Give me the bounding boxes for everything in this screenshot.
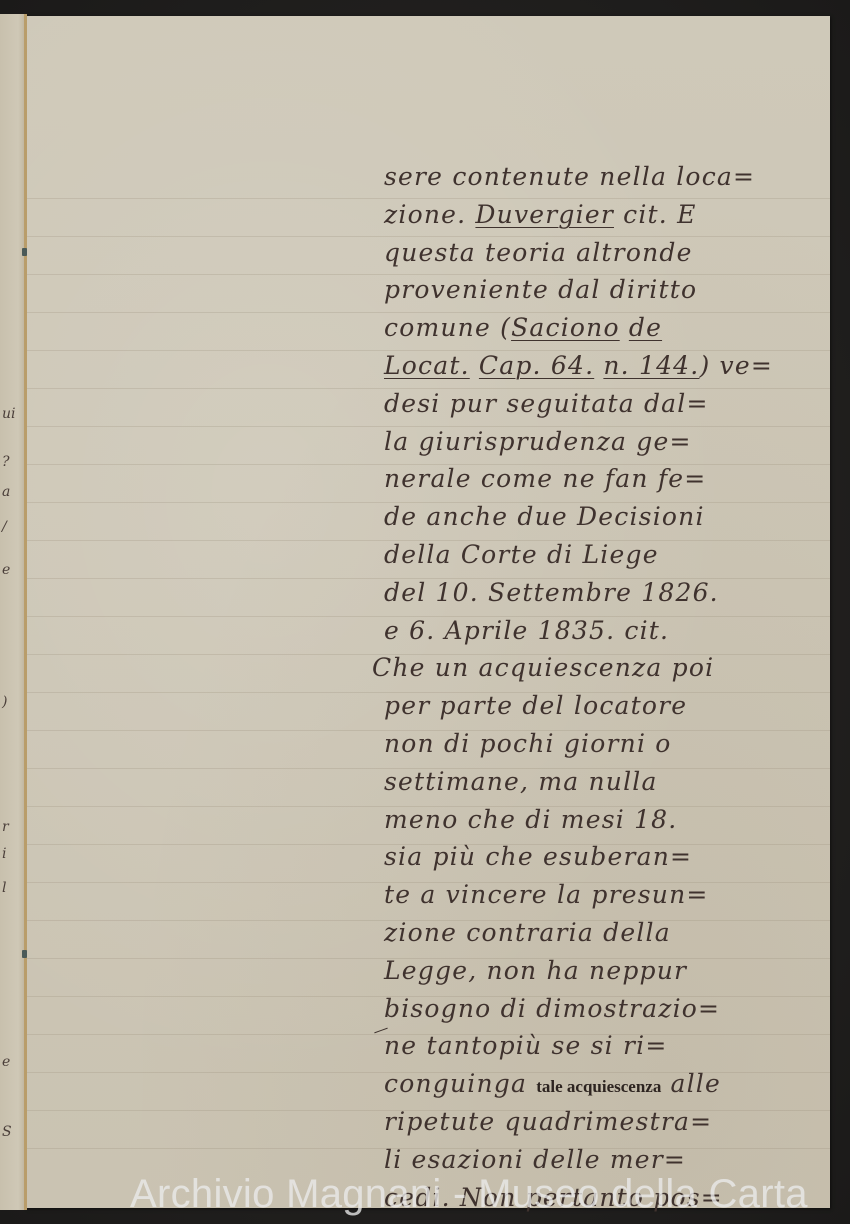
margin-fragment: a xyxy=(2,484,10,500)
margin-fragment: ? xyxy=(2,454,10,470)
text-line: ripetute quadrimestra= xyxy=(384,1103,824,1141)
margin-fragment: r xyxy=(2,819,9,835)
text-line: e 6. Aprile 1835. cit. xyxy=(384,612,824,650)
text-line: della Corte di Liege xyxy=(384,536,824,574)
text-line: settimane, ma nulla xyxy=(384,763,824,801)
text-line: questa teoria altronde xyxy=(384,234,824,272)
text-line: bisogno di dimostrazio= xyxy=(384,990,824,1028)
binding-fold xyxy=(24,14,27,1210)
archive-watermark: Archivio Magnani - Museo della Carta xyxy=(130,1172,808,1217)
text-line: sia più che esuberan= xyxy=(384,838,824,876)
margin-fragment: ui xyxy=(2,406,16,422)
underlined-citation: Duvergier xyxy=(475,200,614,229)
underlined-citation: Cap. 64. xyxy=(479,351,594,380)
text-line: sere contenute nella loca= xyxy=(384,158,824,196)
text-line: nerale come ne fan fe= xyxy=(384,460,824,498)
handwritten-text: sere contenute nella loca= zione. Duverg… xyxy=(384,158,824,1216)
text-line: Legge, non ha neppur xyxy=(384,952,824,990)
text-line: zione. Duvergier cit. E xyxy=(384,196,824,234)
margin-fragment: ) xyxy=(2,694,7,710)
margin-fragment: S xyxy=(2,1124,12,1140)
staple-mark xyxy=(22,248,27,256)
margin-fragment: i xyxy=(2,846,6,862)
margin-fragment: e xyxy=(2,1054,10,1070)
text-line: de anche due Decisioni xyxy=(384,498,824,536)
underlined-citation: de xyxy=(629,313,662,342)
margin-fragment: / xyxy=(2,519,7,535)
interlinear-insertion: tale acquiescenza xyxy=(536,1077,661,1096)
text-line: meno che di mesi 18. xyxy=(384,801,824,839)
text-line: Che un acquiescenza poi xyxy=(372,649,824,687)
text-line: proveniente dal diritto xyxy=(384,271,824,309)
previous-leaf-edge: ui ? a / e ) r i l e S xyxy=(0,14,27,1210)
text-line: per parte del locatore xyxy=(384,687,824,725)
margin-fragment: l xyxy=(2,880,6,896)
text-line: comune (Saciono de xyxy=(384,309,824,347)
staple-mark xyxy=(22,950,27,958)
text-line: zione contraria della xyxy=(384,914,824,952)
text-line: desi pur seguitata dal= xyxy=(384,385,824,423)
text-line: te a vincere la presun= xyxy=(384,876,824,914)
margin-fragment: e xyxy=(2,562,10,578)
text-line: Locat. Cap. 64. n. 144.) ve= xyxy=(384,347,824,385)
underlined-citation: Saciono xyxy=(511,313,620,342)
text-line: la giurisprudenza ge= xyxy=(384,423,824,461)
text-line: conguinga tale acquiescenza alle xyxy=(384,1065,824,1103)
underlined-citation: Locat. xyxy=(384,351,470,380)
text-line: non di pochi giorni o xyxy=(384,725,824,763)
text-line: del 10. Settembre 1826. xyxy=(384,574,824,612)
text-line: ne tantopiù se si ri= xyxy=(384,1027,824,1065)
underlined-citation: n. 144. xyxy=(603,351,699,380)
